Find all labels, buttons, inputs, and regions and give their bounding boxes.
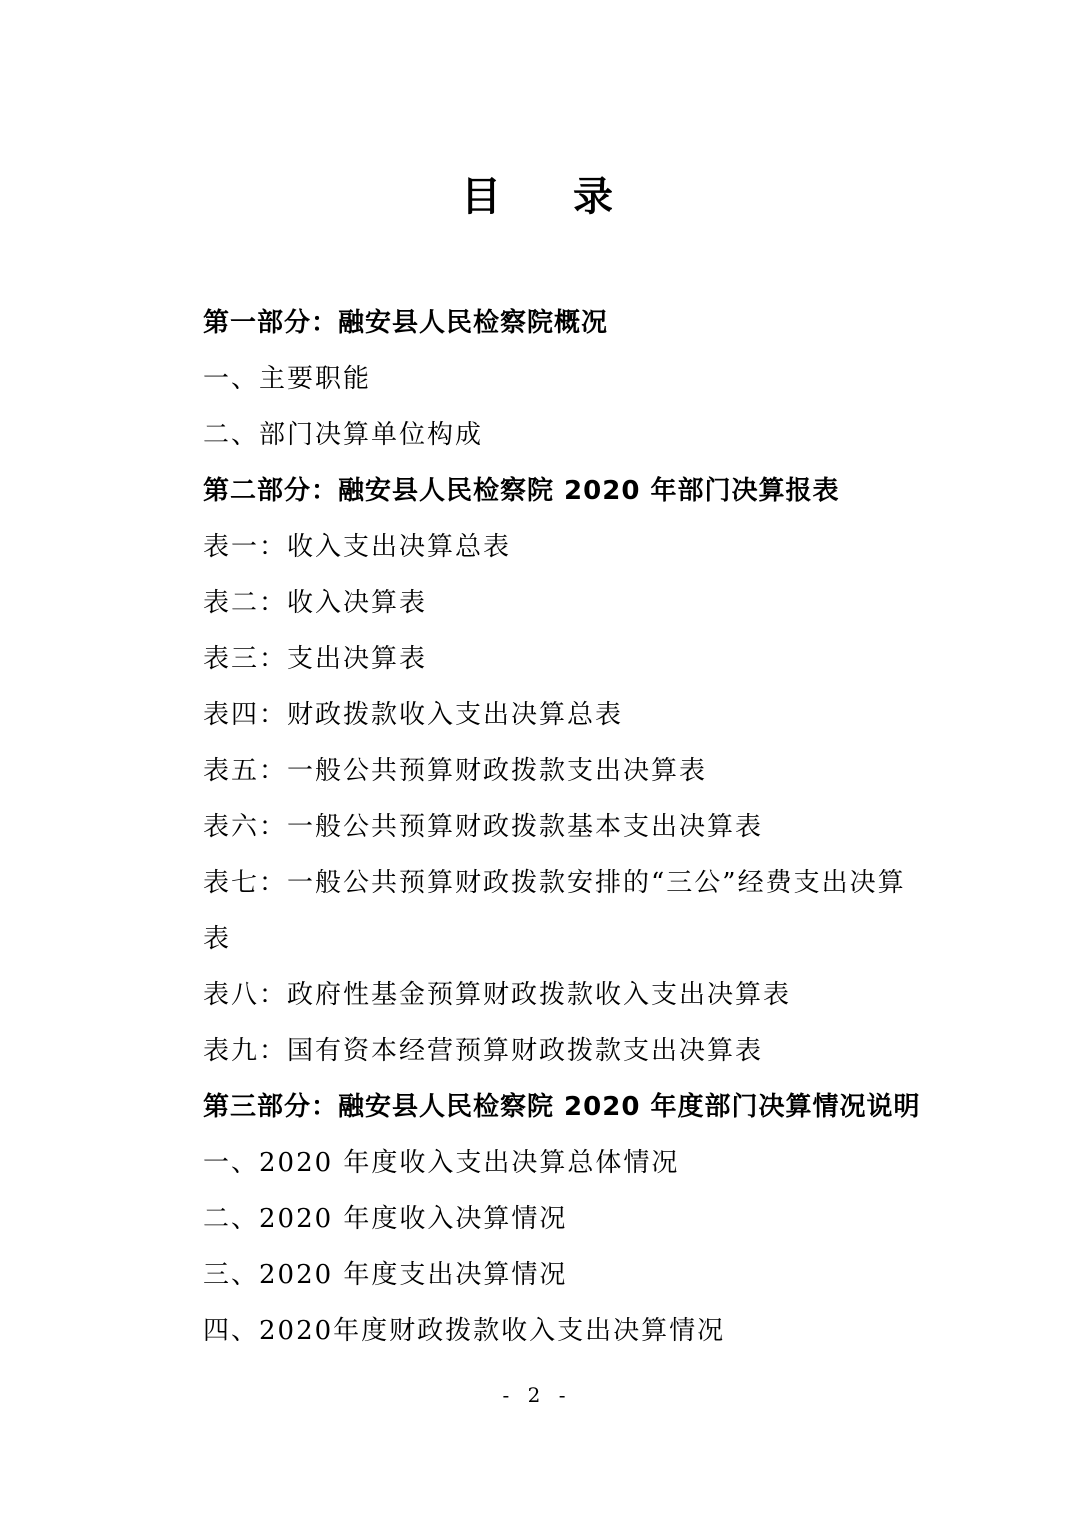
page-number: - 2 - (0, 1383, 1074, 1407)
toc-entry: 三、2020 年度支出决算情况 (203, 1257, 567, 1293)
toc-entry: 表五：一般公共预算财政拨款支出决算表 (203, 753, 707, 789)
toc-entry: 二、2020 年度收入决算情况 (203, 1201, 567, 1237)
toc-entry: 表一：收入支出决算总表 (203, 529, 511, 565)
toc-entry: 表 (203, 921, 231, 957)
toc-entry: 二、部门决算单位构成 (203, 417, 483, 453)
title-char-2: 录 (573, 165, 613, 222)
toc-entry: 一、主要职能 (203, 361, 371, 397)
toc-entry: 表八：政府性基金预算财政拨款收入支出决算表 (203, 977, 791, 1013)
toc-entry: 表七：一般公共预算财政拨款安排的“三公”经费支出决算 (203, 865, 906, 901)
toc-entry: 表六：一般公共预算财政拨款基本支出决算表 (203, 809, 763, 845)
toc-entry: 表二：收入决算表 (203, 585, 427, 621)
toc-entry: 表四：财政拨款收入支出决算总表 (203, 697, 623, 733)
page-title: 目录 (0, 165, 1074, 222)
toc-section-heading: 第三部分：融安县人民检察院 2020 年度部门决算情况说明 (203, 1089, 920, 1125)
toc-entry: 四、2020年度财政拨款收入支出决算情况 (203, 1313, 725, 1349)
title-char-1: 目 (461, 165, 501, 222)
toc-section-heading: 第一部分：融安县人民检察院概况 (203, 305, 608, 341)
toc-section-heading: 第二部分：融安县人民检察院 2020 年部门决算报表 (203, 473, 839, 509)
toc-entry: 表三：支出决算表 (203, 641, 427, 677)
toc-entry: 一、2020 年度收入支出决算总体情况 (203, 1145, 679, 1181)
toc-entry: 表九：国有资本经营预算财政拨款支出决算表 (203, 1033, 763, 1069)
